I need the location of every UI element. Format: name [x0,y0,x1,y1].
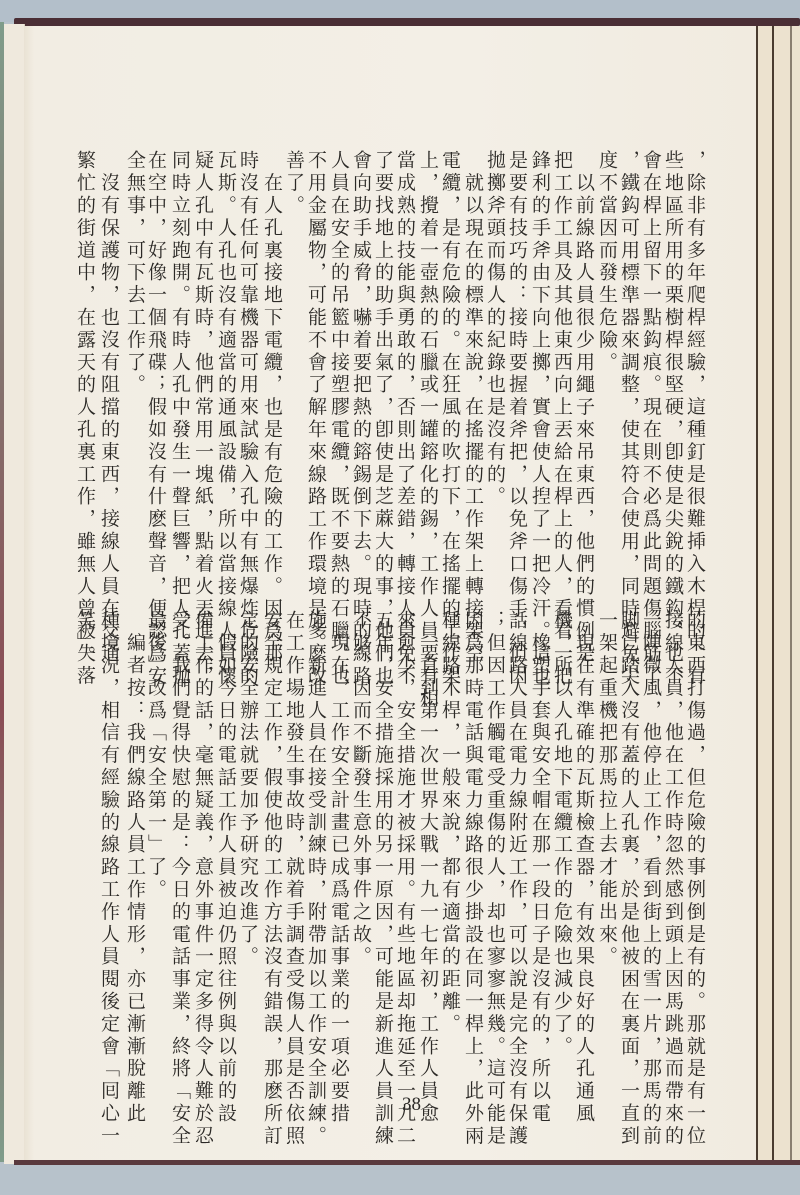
text-column: 備工作的話，毫無疑義，意外事件一定多得令人難於忍 [192,610,214,1148]
text-column: 因爲那時電話與電力線路很少掛設在同一桿上，此外兩 [462,610,484,1148]
text-column: 五年，安全措施採用的另一原因，可能是新進人員訓練 [372,610,394,1148]
text-column: ，鐵鈎可用標準器來調整，使其符合使用，同時避免尖 [618,150,640,688]
text-column: 在空中，好像一個飛碟；假如沒有什麽聲音，便認爲安 [145,150,167,688]
page-edge-line [756,26,758,1162]
text-column: 脚已踏入沒有蓋的人孔裏，於是他被困在裏面，一直到 [618,610,640,1148]
text-column: 機，所以人孔地下電纜工作的危險也減少了。 [551,610,573,1058]
background-bottom [0,1165,800,1195]
text-column: 同時立刻跑開。有時人孔中發生一聲巨響，把人孔蓋拋 [169,150,191,688]
text-column: 最後」改爲「安全第一」了。 [145,610,167,901]
text-column: 來愈少，安全措施才被採用。有些地區却拖延至一九二 [394,610,416,1148]
text-column: 在工作場地發生事故時，就着手調查受傷人員是否依照 [283,610,305,1148]
text-column: 笑」。 [74,610,96,668]
text-column: 就以現在的標準來說，在搖擺的工作架上轉接架空 [462,150,484,665]
text-column: 些地區所用的栗樹桿很堅硬，卽使是尖銳的鐵鈎，也不 [662,150,684,688]
page-stack-edges [756,26,800,1162]
text-column: 假如今日的電話工作人員被迫仍照往例與以前的設 [215,610,237,1125]
text-column: 是要有技巧的：接時要握着斧把，以免斧口傷手，但因 [506,150,528,688]
text-column: 現在有準確的瓦斯檢查器，有效果良好的人孔通風 [573,610,595,1125]
text-column: 施。新進人員在接受訓練時，附帶加以工作安全訓練。 [305,610,327,1148]
text-column: 橡塑手套與安全帽在那一段日子是沒有的，所以電 [529,610,551,1125]
book-cover-edge-top [14,18,800,26]
text-column: 了要找地上的助手出氣了，卽使是芝蔴大的事，他們也 [372,150,394,688]
text-column: 話線路人員在電力線附近工作，可以說是完全沒有保護 [506,610,528,1148]
text-column: 一直到第一次世界大戰一九一七年初，工作人員愈 [417,610,439,1125]
text-column: 會在桿上留下一點鈎痕。現在則不必爲此問題傷腦筋了 [640,150,662,688]
text-column: 種線路木桿，一般來說，都有適當的距離。 [439,610,461,1036]
text-column: 當成熟的技能與勇敢的，否則出了差錯，轉接人員免不 [394,150,416,688]
text-column: 瓦斯。人孔也沒有適當的通風設備，所以當接線人員懷 [215,150,237,688]
text-column: 拋擲斧頭而傷人的紀錄也是沒有的。 [484,150,506,508]
page-edge-line [790,26,792,1162]
text-column: 以前線路人員很少用繩子來吊東西，他們的慣例是 [573,150,595,665]
text-column: 把工作工具及其他東西向上丟給在桿上的人，看看一把 [551,150,573,688]
facing-page-edge [4,24,25,1164]
text-column: 在人孔裏接地下電纜，也是有危險的工作。因爲那 [261,150,283,665]
text-column: 接線人員，他在工作時忽然感到頭上因馬跳過而帶來的 [662,610,684,1148]
text-column: 一架起重機把那馬拉上去才能出來。 [596,610,618,968]
text-column: 疑人孔中有瓦斯時，他們常用一塊紙，點着火丟進去， [192,150,214,688]
text-column: 全無事，可下去工作了。 [124,150,146,396]
text-column: 現在，工作安全計畫已成爲電話事業的一項必要措 [328,610,350,1125]
text-column: 不用金屬物，可能不會了解年來線路工作環境是多麽改 [305,150,327,688]
text-column: 繁忙的街道中，在露天的人孔裏工作，雖無人曾被失落 [74,150,96,688]
text-column: 會向助手威脅，嚇着要把熱的鎔錫倒下去。現時的線路 [350,150,372,688]
text-column: 受。我們覺得快慰的是：今日的電話事業，終將「安全 [169,610,191,1148]
text-column: 善了。 [283,150,305,217]
text-column: 種境況，相信有經驗的線路工作人員閱後定會「囘心一 [98,610,120,1148]
text-column: 鋒利的手斧由下向上擲，實會使人揑了一把冷汗。這也 [529,150,551,688]
text-column: 編者按：我們線路人員工作情形，亦已漸漸脫離此 [124,610,146,1125]
text-column: 電纜，是有危險的。在狂風的吹打下，在搖擺的工作架 [439,150,461,688]
text-column: 沒有保護物，也沒有阻擋的東西，接線人員在交通 [98,150,120,665]
text-column: 不够，因而不斷發生意外事件之故。 [350,610,372,968]
text-column: ；但因工作觸電受重傷的人，却也寥寥無幾。這可能是 [484,610,506,1148]
text-column: ，除非有多年爬桿經驗，這種釘是很難揷入木桿的。有 [684,150,706,688]
page-edge-line [772,26,774,1162]
text-column: 安全規定工作，假使他的工作方法沒有錯誤，那麽所訂 [261,610,283,1148]
text-column: 定的安全辦法就要加予研究改進了。 [237,610,259,968]
text-column: 的東西打傷過，但危險的事例倒是有的。那就是有一位 [684,610,706,1148]
text-column: 人員在安全的吊籃中接塑膠電纜，既不要熱的石臘，也 [328,150,350,688]
page-number: 38 [402,1094,421,1116]
book-page: ，除非有多年爬桿經驗，這種釘是很難揷入木桿的。有些地區所用的栗樹桿很堅硬，卽使是… [24,26,756,1162]
text-column: 時沒有任何可靠機器可用來試驗入孔中有無爆炸危險的 [237,150,259,688]
text-column: 度不當因而發生危險。 [596,150,618,374]
text-column: 一陣微風，他停止工作，看到街上的雪一片，那馬的前 [640,610,662,1148]
